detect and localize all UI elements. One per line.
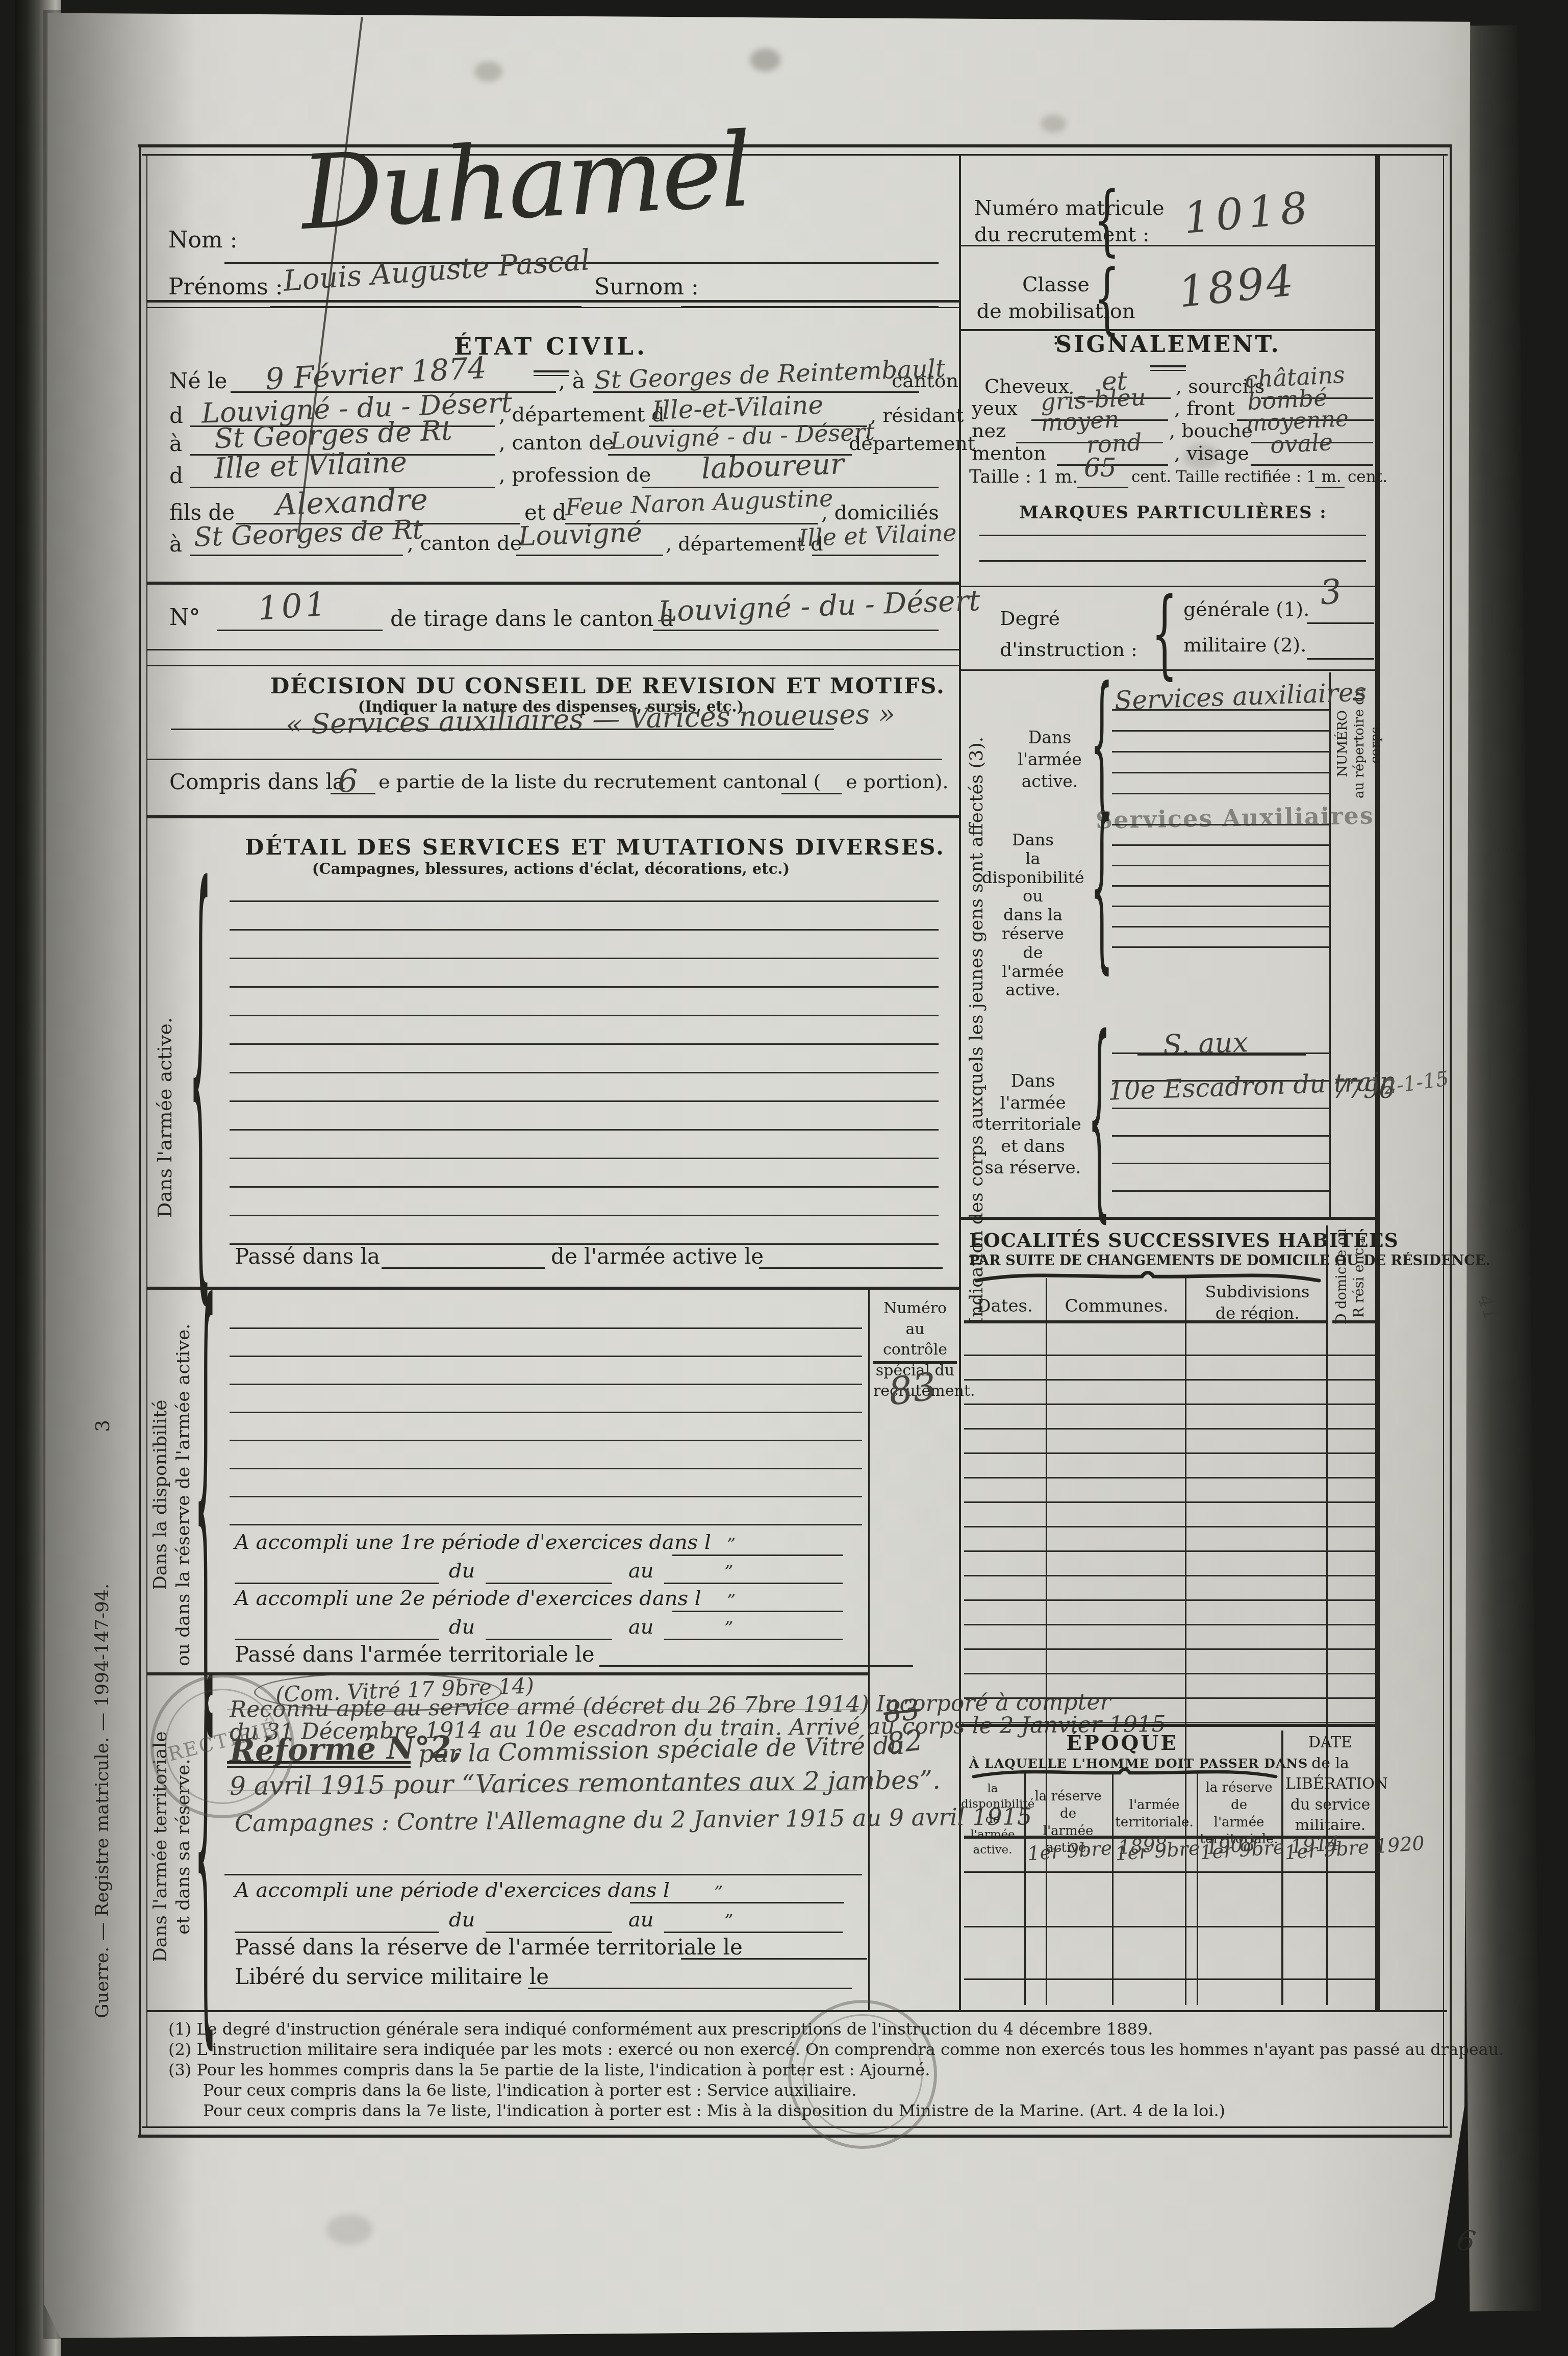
section-rule bbox=[146, 1287, 959, 1290]
au-label: au bbox=[628, 1559, 654, 1583]
section-rule bbox=[146, 815, 959, 818]
fill-line bbox=[759, 1267, 943, 1269]
du-label: du bbox=[449, 1908, 475, 1932]
nom-label: Nom : bbox=[168, 227, 238, 253]
residence-departement-handwriting: Ille et Vilaine bbox=[214, 445, 408, 485]
register-side-label: Guerre. — Registre matricule. — 1994-147… bbox=[91, 1520, 114, 2082]
section-rule bbox=[961, 1217, 1375, 1220]
a3-label: à bbox=[169, 532, 182, 557]
hand-strike bbox=[1137, 1053, 1306, 1056]
date-liberation-header: DATE de la LIBÉRATION du service militai… bbox=[1285, 1733, 1375, 1836]
militaire-label: militaire (2). bbox=[1183, 634, 1306, 656]
separator-line bbox=[146, 665, 959, 666]
tirage-no-label: N° bbox=[169, 605, 200, 631]
passe-reserve-territoriale-label: Passé dans la réserve de l'armée territo… bbox=[235, 1935, 743, 1960]
brace-ornament bbox=[974, 1269, 1321, 1283]
profession-handwriting: laboureur bbox=[701, 447, 845, 486]
fill-line bbox=[1251, 464, 1373, 466]
marques-label: MARQUES PARTICULIÈRES : bbox=[995, 503, 1352, 523]
footnote-2: (2) L'instruction militaire sera indiqué… bbox=[168, 2040, 1504, 2059]
nez-label: nez bbox=[972, 419, 1006, 442]
corps-dispo-label: Dans la disponibilité ou dans la réserve… bbox=[982, 831, 1084, 999]
taille-value: 65 bbox=[1084, 453, 1117, 483]
periode1-label: A accompli une 1re période d'exercices d… bbox=[235, 1531, 711, 1554]
epoque-title: ÉPOQUE bbox=[995, 1731, 1250, 1755]
paper-stain bbox=[326, 2214, 372, 2245]
front-label: , front bbox=[1174, 397, 1235, 419]
canton-de-label: , canton de bbox=[499, 431, 614, 455]
form-border-left-outer bbox=[139, 144, 141, 2138]
fill-line bbox=[486, 1639, 612, 1640]
compris-text: e partie de la liste du recrutement cant… bbox=[378, 770, 821, 793]
fill-line bbox=[812, 555, 939, 556]
ditto-mark: ” bbox=[727, 1535, 736, 1555]
margin-column-divider bbox=[868, 1287, 870, 2011]
col-communes-header: Communes. bbox=[1048, 1296, 1185, 1316]
taille-rectifiee-label: cent. Taille rectifiée : 1 m. bbox=[1131, 468, 1342, 486]
matricule-classe-divider bbox=[961, 245, 1375, 246]
fill-line bbox=[681, 1958, 867, 1960]
scanned-register-page: Nom : Duhamel Prénoms : Louis Auguste Pa… bbox=[0, 0, 1568, 2356]
epoque-divider bbox=[1112, 1773, 1114, 2005]
departement-label: , département d bbox=[499, 403, 665, 427]
visage-value: ovale bbox=[1270, 428, 1334, 459]
ruled-lines-armee-active bbox=[230, 873, 939, 1246]
fill-line bbox=[653, 630, 939, 631]
ruled-lines bbox=[1112, 690, 1329, 797]
nom-value-handwriting: Duhamel bbox=[298, 111, 753, 253]
epoque-row-line bbox=[964, 1926, 1375, 1927]
ruled-lines-disponibilite bbox=[230, 1301, 862, 1528]
fill-line bbox=[672, 1555, 843, 1556]
bouche-label: , bouche bbox=[1169, 419, 1253, 442]
yeux-label: yeux bbox=[972, 397, 1018, 419]
form-border-left-inner bbox=[146, 154, 147, 2127]
signalement-title: SIGNALEMENT. bbox=[1010, 332, 1326, 358]
round-stamp-left: RECTIFIÉ bbox=[150, 1674, 294, 1818]
ditto-mark: ” bbox=[714, 1883, 723, 1903]
periode3-label: A accompli une période d'exercices dans … bbox=[235, 1878, 670, 1902]
ne-le-label: Né le bbox=[169, 368, 227, 393]
fill-line bbox=[1077, 487, 1128, 488]
compris-portion: e portion). bbox=[846, 770, 949, 793]
domicile-departement-handwriting: Ille et Vilaine bbox=[798, 519, 957, 552]
footnote-1: (1) Le degré d'instruction générale sera… bbox=[168, 2019, 1153, 2039]
d-label: d bbox=[169, 403, 183, 428]
footnote-separator bbox=[146, 2010, 1447, 2012]
fill-line bbox=[190, 555, 403, 556]
register-side-number: 3 bbox=[91, 1408, 115, 1444]
matricule-brace: { bbox=[1089, 190, 1125, 231]
libere-label: Libéré du service militaire le bbox=[235, 1964, 549, 1989]
armee-active-side-label: Dans l'armée active. bbox=[153, 995, 178, 1240]
canton-label: canton bbox=[892, 369, 958, 392]
armee-active-brace: { bbox=[183, 883, 218, 923]
header-underline bbox=[964, 1320, 1326, 1323]
fill-line bbox=[664, 1583, 843, 1584]
surnom-label: Surnom : bbox=[594, 274, 699, 300]
fill-line bbox=[235, 1932, 439, 1933]
d2-label: d bbox=[169, 463, 183, 488]
decision-title: DÉCISION DU CONSEIL DE REVISION ET MOTIF… bbox=[270, 673, 831, 699]
du-label: du bbox=[449, 1559, 475, 1583]
epoque-col1-header: la disponibilité de l'armée active. bbox=[961, 1782, 1024, 1858]
domicile-canton-handwriting: Louvigné bbox=[518, 517, 643, 552]
pale-rule bbox=[227, 1790, 857, 1791]
tirage-text: de tirage dans le canton d bbox=[390, 606, 674, 631]
prenoms-label: Prénoms : bbox=[168, 274, 283, 300]
disponibilite-side-label: Dans la disponibilitéou dans la réserve … bbox=[149, 1306, 195, 1684]
localites-title: LOCALITÉS SUCCESSIVES HABITÉES bbox=[969, 1229, 1367, 1251]
fill-line bbox=[486, 1932, 612, 1933]
periode2-label: A accompli une 2e période d'exercices da… bbox=[235, 1587, 701, 1610]
fill-line bbox=[235, 1583, 439, 1584]
au-label: au bbox=[628, 1908, 654, 1932]
ditto-mark: ” bbox=[724, 1562, 733, 1583]
disponibilite-brace: { bbox=[188, 1300, 223, 1341]
generale-value: 3 bbox=[1319, 571, 1344, 612]
passe-active-label-a: Passé dans la bbox=[235, 1244, 380, 1269]
taille-label: Taille : 1 m. bbox=[969, 466, 1078, 487]
fill-line bbox=[1307, 622, 1374, 624]
fill-line bbox=[664, 1932, 843, 1933]
form-border-bottom-outer bbox=[138, 2135, 1452, 2138]
paper-stain bbox=[1041, 115, 1066, 133]
compris-value-handwriting: 6 bbox=[338, 762, 358, 799]
epoque-divider bbox=[1024, 1773, 1026, 2005]
compris-label: Compris dans la bbox=[169, 769, 345, 794]
header-rule-left-2 bbox=[146, 307, 959, 308]
corps-territoriale-label: Dans l'armée territoriale et dans sa rés… bbox=[984, 1070, 1081, 1179]
table-row-lines bbox=[964, 1332, 1375, 1724]
fill-line bbox=[781, 793, 842, 794]
header-rule-left bbox=[146, 300, 959, 303]
title-ornament bbox=[1150, 365, 1186, 371]
epoque-row-line bbox=[964, 1978, 1375, 1980]
residant-label: , résidant bbox=[870, 404, 964, 427]
paper-stain bbox=[474, 61, 502, 82]
col-dates-header: Dates. bbox=[964, 1296, 1046, 1316]
fill-line bbox=[979, 560, 1366, 562]
reforme-motif-handwriting: 9 avril 1915 pour “Varices remontantes a… bbox=[230, 1765, 941, 1801]
header-underline bbox=[1332, 1320, 1375, 1323]
fill-line bbox=[146, 759, 942, 760]
instruction-label: Degré d'instruction : bbox=[1000, 603, 1137, 665]
fill-line bbox=[979, 535, 1366, 536]
fill-line bbox=[528, 1988, 852, 1989]
fill-line bbox=[235, 1639, 439, 1640]
passe-active-label-b: de l'armée active le bbox=[551, 1244, 764, 1269]
du-label: du bbox=[449, 1615, 475, 1639]
passe-territoriale-label: Passé dans l'armée territoriale le bbox=[235, 1642, 595, 1667]
separator-line bbox=[146, 649, 959, 650]
a-label: , à bbox=[559, 368, 585, 393]
epoque-divider bbox=[1197, 1773, 1198, 2005]
footnote-4: Pour ceux compris dans la 6e liste, l'in… bbox=[203, 2081, 856, 2100]
fill-line bbox=[1315, 487, 1345, 488]
fill-line bbox=[630, 1902, 844, 1903]
repertoire-column-divider bbox=[1329, 672, 1331, 1217]
classe-brace: { bbox=[1089, 268, 1125, 309]
ditto-mark: ” bbox=[727, 1591, 736, 1611]
instruction-brace: { bbox=[1147, 594, 1182, 635]
ditto-mark: ” bbox=[724, 1911, 733, 1932]
departement2-label: département bbox=[849, 432, 975, 455]
profession-label: , profession de bbox=[499, 463, 651, 487]
fill-line bbox=[1307, 658, 1374, 660]
fill-line bbox=[664, 1639, 843, 1640]
form-border-right-outer bbox=[1450, 144, 1452, 2138]
a2-label: à bbox=[169, 431, 182, 456]
date-column-divider bbox=[1281, 1731, 1283, 2005]
services-title: DÉTAIL DES SERVICES ET MUTATIONS DIVERSE… bbox=[245, 835, 857, 860]
col-subdivisions-header: Subdivisions de région. bbox=[1188, 1282, 1326, 1324]
form-border-right-inner bbox=[1443, 154, 1444, 2127]
ditto-mark: ” bbox=[724, 1618, 733, 1639]
section-rule bbox=[961, 1724, 1375, 1727]
section-rule bbox=[146, 582, 959, 585]
fill-line bbox=[486, 1583, 612, 1584]
au-label: au bbox=[628, 1615, 654, 1639]
form-border-bottom-inner bbox=[142, 2126, 1448, 2128]
cent-label: cent. bbox=[1348, 468, 1387, 486]
fill-line bbox=[599, 1665, 913, 1667]
terr-value-struck: S. aux bbox=[1162, 1026, 1249, 1061]
localites-subtitle: PAR SUITE DE CHANGEMENTS DE DOMICILE OU … bbox=[969, 1253, 1367, 1269]
tirage-number-handwriting: 101 bbox=[257, 585, 331, 628]
fill-line bbox=[171, 729, 834, 730]
controle-underline bbox=[873, 1361, 957, 1364]
fill-line bbox=[516, 555, 663, 556]
classe-bottom-rule bbox=[961, 329, 1375, 331]
menton-label: menton bbox=[972, 442, 1046, 464]
paper-stain bbox=[750, 48, 780, 71]
matricule-label: Numéro matricule du recrutement : bbox=[974, 195, 1165, 248]
footnote-3: (3) Pour les hommes compris dans la 5e p… bbox=[168, 2060, 930, 2079]
epoque-col3-header: l'armée territoriale. bbox=[1113, 1797, 1196, 1832]
generale-label: générale (1). bbox=[1183, 598, 1309, 620]
ruled-lines bbox=[1112, 805, 1329, 949]
fill-line bbox=[382, 1267, 545, 1269]
footnote-5: Pour ceux compris dans la 7e liste, l'in… bbox=[203, 2101, 1225, 2120]
epoque-row-line bbox=[964, 1871, 1375, 1873]
canton-de2-label: , canton de bbox=[407, 532, 522, 555]
brace-ornament bbox=[972, 1766, 1278, 1778]
fill-line bbox=[217, 630, 383, 631]
fill-line bbox=[224, 1874, 862, 1875]
col-dr-header: D domicile ou R rési ence. bbox=[1333, 1225, 1368, 1327]
fill-line bbox=[672, 1611, 843, 1612]
controle-value-handwriting: 83 bbox=[886, 1364, 939, 1414]
visage-label: , visage bbox=[1174, 442, 1249, 464]
section-divider bbox=[961, 669, 1375, 671]
